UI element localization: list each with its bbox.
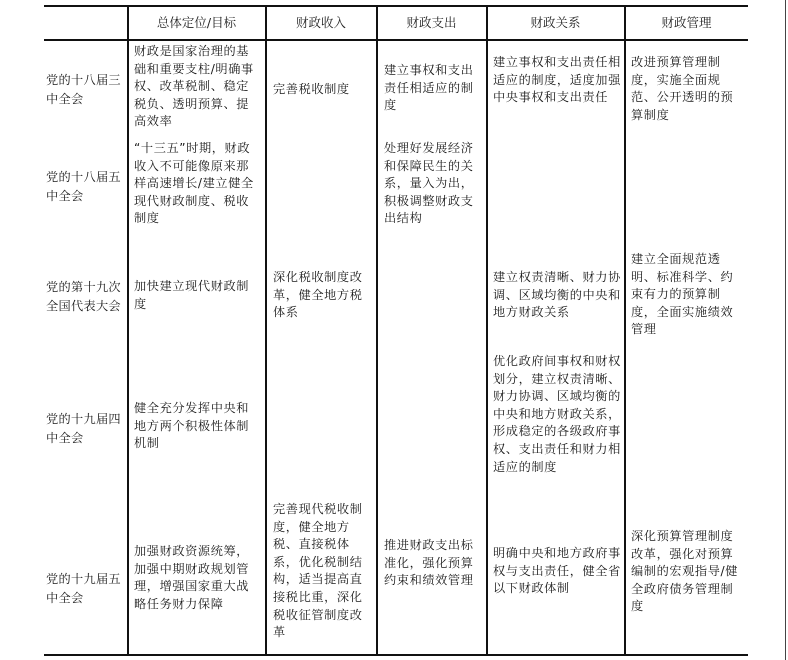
col-divider — [486, 5, 488, 655]
row-label-line: 中全会 — [46, 589, 128, 608]
cell-goal: 健全充分发挥中央和地方两个积极性体制机制 — [134, 400, 261, 453]
cell-management: 深化预算管理制度改革，强化对预算编制的宏观指导/健全政府债务管理制度 — [631, 528, 746, 616]
cell-goal: “十三五”时期，财政收入不可能像原来那样高速增长/建立健全现代财政制度、税收制度 — [134, 140, 261, 228]
cell-management: 改进预算管理制度，实施全面规范、公开透明的预算制度 — [631, 54, 746, 124]
row-label: 党的十八届五 中全会 — [46, 168, 128, 206]
header-rule — [44, 39, 748, 41]
fiscal-policy-table: 总体定位/目标 财政收入 财政支出 财政关系 财政管理 党的十八届三 中全会 财… — [44, 5, 748, 655]
cell-management: 建立全面规范透明、标准科学、约束有力的预算制度，全面实施绩效管理 — [631, 251, 746, 339]
header-relations: 财政关系 — [487, 5, 624, 39]
cell-relations: 优化政府间事权和财权划分，建立权责清晰、财力协调、区域均衡的中央和地方财政关系，… — [493, 353, 621, 476]
row-label-line: 中全会 — [46, 429, 128, 448]
header-revenue: 财政收入 — [266, 5, 376, 39]
cell-relations: 明确中央和地方政府事权与支出责任，健全省以下财政体制 — [493, 545, 621, 598]
cell-relations: 建立事权和支出责任相适应的制度，适度加强中央事权和支出责任 — [493, 54, 621, 107]
cell-goal: 加强财政资源统筹，加强中期财政规划管理，增强国家重大战略任务财力保障 — [134, 543, 261, 613]
cell-relations: 建立权责清晰、财力协调、区域均衡的中央和地方财政关系 — [493, 269, 621, 322]
page-edge — [785, 0, 786, 660]
cell-revenue: 完善税收制度 — [273, 81, 373, 99]
header-goal: 总体定位/目标 — [128, 5, 265, 39]
cell-revenue: 完善现代税收制度，健全地方税、直接税体系，优化税制结构，适当提高直接税比重，深化… — [273, 501, 373, 642]
row-label-line: 党的十九届四 — [46, 410, 128, 429]
table-bottom-rule — [44, 654, 748, 656]
row-label-line: 中全会 — [46, 90, 128, 109]
row-label: 党的十九届五 中全会 — [46, 570, 128, 608]
cell-revenue: 深化税收制度改革，健全地方税体系 — [273, 269, 373, 322]
header-expenditure: 财政支出 — [377, 5, 486, 39]
row-label: 党的第十九次 全国代表大会 — [46, 278, 128, 316]
row-label-line: 党的第十九次 — [46, 278, 128, 297]
cell-goal: 财政是国家治理的基础和重要支柱/明确事权、改革税制、稳定税负、透明预算、提高效率 — [134, 43, 261, 131]
cell-expenditure: 建立事权和支出责任相适应的制度 — [384, 62, 482, 115]
col-divider — [376, 5, 378, 655]
cell-expenditure: 推进财政支出标准化，强化预算约束和绩效管理 — [384, 537, 482, 590]
row-label: 党的十九届四 中全会 — [46, 410, 128, 448]
cell-goal: 加快建立现代财政制度 — [134, 278, 261, 313]
row-label-line: 党的十八届三 — [46, 71, 128, 90]
row-label-line: 党的十九届五 — [46, 570, 128, 589]
header-management: 财政管理 — [625, 5, 748, 39]
row-label-line: 党的十八届五 — [46, 168, 128, 187]
col-divider — [265, 5, 267, 655]
col-divider — [624, 5, 626, 655]
row-label: 党的十八届三 中全会 — [46, 71, 128, 109]
row-label-line: 全国代表大会 — [46, 297, 128, 316]
cell-expenditure: 处理好发展经济和保障民生的关系，量入为出，积极调整财政支出结构 — [384, 140, 482, 228]
row-label-line: 中全会 — [46, 187, 128, 206]
